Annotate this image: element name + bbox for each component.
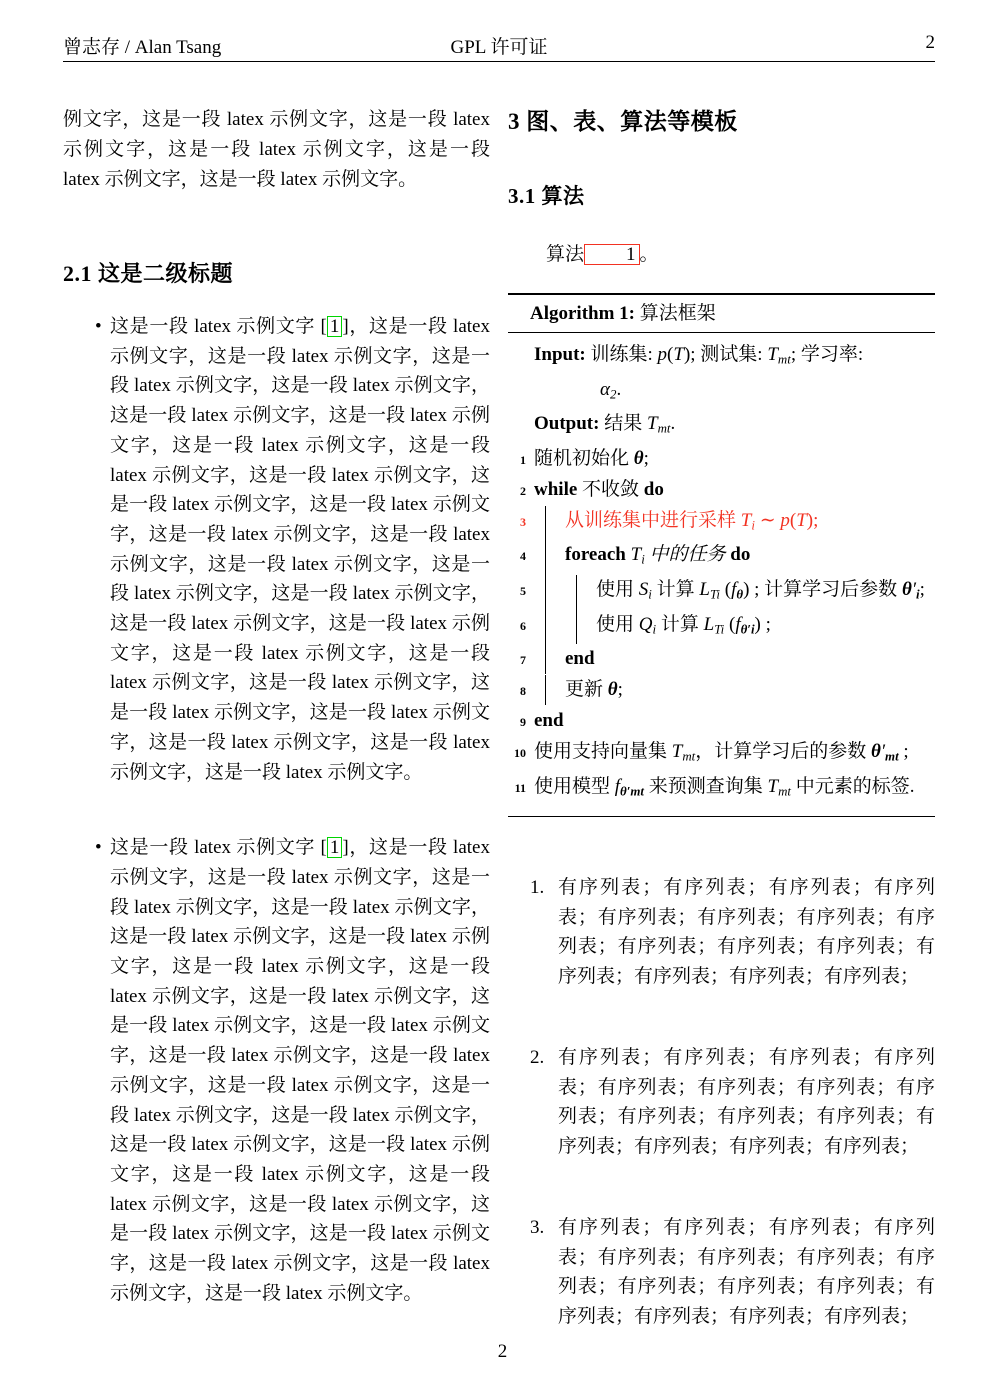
text-token: 来预测查询集 [644, 776, 768, 797]
header-title: GPL 许可证 [63, 32, 935, 59]
algorithm-line: 2while 不收敛 do [508, 475, 935, 506]
algorithm-ref-link[interactable]: 1 [584, 244, 640, 265]
algorithm-indent-block: 使用 Si 计算 LTi (fθ) ; 计算学习后参数 θ′i; [576, 575, 935, 610]
math-token: θ′i [741, 621, 755, 636]
algorithm-indent-block: 使用 Si 计算 LTi (fθ) ; 计算学习后参数 θ′i; [545, 575, 935, 610]
algorithm-line-number: 3 [508, 507, 534, 537]
text-token: 使用 [596, 579, 639, 600]
text-token: Input: [534, 344, 591, 365]
algorithm-indent-block: 更新 θ; [545, 675, 935, 705]
text-token: 随机初始化 [534, 448, 634, 469]
algorithm-line: 7end [508, 644, 935, 675]
algorithm-indent-block: 使用 Qi 计算 LTi (fθ′i) ; [576, 610, 935, 645]
algorithm-line-number: 11 [508, 773, 534, 803]
algorithm-line-content: 使用 Si 计算 LTi (fθ) ; 计算学习后参数 θ′i; [534, 575, 935, 610]
algorithm-line: 11使用模型 fθ′mt 来预测查询集 Tmt 中元素的标签. [508, 772, 935, 807]
algorithm-reference-paragraph: 算法1。 [508, 240, 935, 270]
section-heading-3: 3 图、表、算法等模板 [508, 103, 935, 136]
algorithm-line: 4foreach Ti 中的任务 do [508, 540, 935, 575]
algorithm-line-content: 使用支持向量集 Tmt，计算学习后的参数 θ′mt ; [534, 737, 935, 772]
footer-page-number: 2 [0, 1341, 1005, 1363]
algorithm-line-content: while 不收敛 do [534, 475, 935, 505]
ref-text-post: 。 [640, 244, 659, 265]
text-token: 计算 [656, 614, 704, 635]
math-token: T [796, 510, 807, 531]
math-token: p [658, 344, 668, 365]
ordered-list-number: 3. [530, 1213, 544, 1243]
math-token: T [767, 344, 778, 365]
bullet-marker-icon: • [95, 833, 102, 863]
text-token: end [534, 710, 564, 731]
algorithm-line-content: α2. [534, 375, 935, 410]
text-token: ) ; [755, 614, 771, 635]
subsection-heading-3-1: 3.1 算法 [508, 180, 935, 210]
algorithm-line: 8更新 θ; [508, 675, 935, 706]
text-token: ，计算学习后的参数 [695, 741, 871, 762]
text-token: 计算 [652, 579, 700, 600]
algorithm-line-content: 使用 Qi 计算 LTi (fθ′i) ; [534, 610, 935, 645]
ref-text-pre: 算法 [546, 244, 584, 265]
math-token: mt [885, 749, 899, 764]
text-token: ; [920, 579, 925, 600]
text-token: 训练集: [591, 344, 658, 365]
math-token: Q [639, 614, 653, 635]
text-token: 使用支持向量集 [534, 741, 672, 762]
text-token: do [730, 544, 750, 565]
citation-link[interactable]: 1 [327, 837, 343, 858]
math-token: T [768, 776, 779, 797]
text-token: 从训练集中进行采样 [565, 510, 741, 531]
bullet-text: 这是一段 latex 示例文字 [1]，这是一段 latex 示例文字，这是一段… [110, 837, 490, 1304]
ordered-list: 1.有序列表；有序列表；有序列表；有序列表；有序列表；有序列表；有序列表；有序列… [508, 873, 935, 1331]
page-header: 曾志存 / Alan Tsang GPL 许可证 2 [63, 32, 935, 58]
math-token: T [741, 510, 752, 531]
ordered-list-item: 3.有序列表；有序列表；有序列表；有序列表；有序列表；有序列表；有序列表；有序列… [508, 1213, 935, 1331]
algorithm-caption-label: Algorithm 1: [530, 303, 635, 324]
bullet-item: •这是一段 latex 示例文字 [1]，这是一段 latex 示例文字，这是一… [63, 312, 490, 787]
right-column: 3 图、表、算法等模板 3.1 算法 算法1。 Algorithm 1: 算法框… [508, 95, 935, 1331]
algorithm-indent-block: 使用 Qi 计算 LTi (fθ′i) ; [545, 610, 935, 645]
math-token: L [704, 614, 715, 635]
bullet-marker-icon: • [95, 312, 102, 342]
math-token: Ti [714, 621, 724, 636]
algorithm-indent-block: 从训练集中进行采样 Ti ∼ p(T); [545, 506, 935, 541]
math-token: Ti [710, 587, 720, 602]
header-page-number: 2 [926, 32, 936, 54]
algorithm-line-content: foreach Ti 中的任务 do [534, 540, 935, 575]
text-token: 中的任务 [645, 544, 731, 565]
algorithm-line-content: 使用模型 fθ′mt 来预测查询集 Tmt 中元素的标签. [534, 772, 935, 807]
math-token: T [673, 344, 684, 365]
algorithm-line-number: 2 [508, 476, 534, 506]
math-token: θ [902, 579, 912, 600]
text-token: . [616, 379, 621, 400]
algorithm-line-content: 从训练集中进行采样 Ti ∼ p(T); [534, 506, 935, 541]
algorithm-line: α2. [508, 375, 935, 410]
algorithm-line-content: Output: 结果 Tmt. [534, 409, 935, 444]
text-token: 结果 [604, 413, 647, 434]
document-page: 曾志存 / Alan Tsang GPL 许可证 2 例文字，这是一段 late… [0, 0, 1005, 1385]
math-token: mt [778, 352, 791, 367]
text-token: ∼ [755, 510, 780, 531]
math-token: S [639, 579, 649, 600]
algorithm-line-content: end [534, 644, 935, 674]
text-token: ; [644, 448, 649, 469]
algorithm-line: 6使用 Qi 计算 LTi (fθ′i) ; [508, 610, 935, 645]
algorithm-line-number: 8 [508, 676, 534, 706]
algorithm-indent-block: foreach Ti 中的任务 do [545, 540, 935, 575]
text-token: ); 测试集: [684, 344, 767, 365]
header-rule [63, 61, 935, 62]
algorithm-line: Output: 结果 Tmt. [508, 409, 935, 444]
algorithm-line-content: 随机初始化 θ; [534, 444, 935, 474]
ordered-list-number: 2. [530, 1043, 544, 1073]
subsection-heading-2-1: 2.1 这是二级标题 [63, 257, 490, 288]
text-token: foreach [565, 544, 631, 565]
text-token: ( [720, 579, 731, 600]
text-token: do [644, 479, 664, 500]
text-token: . [670, 413, 675, 434]
text-token: 使用 [596, 614, 639, 635]
math-token: θ [871, 741, 881, 762]
text-token: ) ; 计算学习后参数 [743, 579, 902, 600]
algorithm-line: 1随机初始化 θ; [508, 444, 935, 475]
math-token: mt [682, 749, 695, 764]
ordered-list-item: 2.有序列表；有序列表；有序列表；有序列表；有序列表；有序列表；有序列表；有序列… [508, 1043, 935, 1161]
text-token: 更新 [565, 679, 608, 700]
algorithm-line-number: 4 [508, 541, 534, 571]
algorithm-line-number: 10 [508, 738, 534, 768]
ordered-list-text: 有序列表；有序列表；有序列表；有序列表；有序列表；有序列表；有序列表；有序列表；… [558, 877, 935, 987]
algorithm-line: 3从训练集中进行采样 Ti ∼ p(T); [508, 506, 935, 541]
algorithm-line-content: 更新 θ; [534, 675, 935, 705]
ordered-list-number: 1. [530, 873, 544, 903]
algorithm-line-number: 9 [508, 707, 534, 737]
bullet-list: •这是一段 latex 示例文字 [1]，这是一段 latex 示例文字，这是一… [63, 312, 490, 1309]
ordered-list-item: 1.有序列表；有序列表；有序列表；有序列表；有序列表；有序列表；有序列表；有序列… [508, 873, 935, 991]
left-column: 例文字，这是一段 latex 示例文字，这是一段 latex 示例文字，这是一段… [63, 95, 490, 1309]
algorithm-line-number: 1 [508, 445, 534, 475]
text-token: ; [899, 741, 909, 762]
algorithm-indent-block: end [545, 644, 935, 674]
text-token: end [565, 648, 595, 669]
math-token: θ [608, 679, 618, 700]
text-token: ); [807, 510, 819, 531]
math-token: L [699, 579, 710, 600]
math-token: mt [778, 783, 791, 798]
text-token: 使用模型 [534, 776, 615, 797]
algorithm-line-content: Input: 训练集: p(T); 测试集: Tmt; 学习率: [534, 340, 935, 375]
algorithm-line: Input: 训练集: p(T); 测试集: Tmt; 学习率: [508, 340, 935, 375]
intro-paragraph: 例文字，这是一段 latex 示例文字，这是一段 latex 示例文字，这是一段… [63, 105, 490, 195]
algorithm-line-content: end [534, 706, 935, 736]
text-token: ( [724, 614, 735, 635]
algorithm-line-number: 5 [508, 576, 534, 606]
algorithm-line-number: 6 [508, 611, 534, 641]
text-token: 中元素的标签. [791, 776, 915, 797]
bullet-item: •这是一段 latex 示例文字 [1]，这是一段 latex 示例文字，这是一… [63, 833, 490, 1308]
citation-link[interactable]: 1 [327, 316, 343, 337]
bullet-text: 这是一段 latex 示例文字 [1]，这是一段 latex 示例文字，这是一段… [110, 316, 490, 783]
text-token: ; 学习率: [791, 344, 863, 365]
algorithm-line-number: 7 [508, 645, 534, 675]
algorithm-body: Input: 训练集: p(T); 测试集: Tmt; 学习率:α2.Outpu… [508, 333, 935, 816]
math-token: p [780, 510, 790, 531]
text-token: ; [618, 679, 623, 700]
two-column-body: 例文字，这是一段 latex 示例文字，这是一段 latex 示例文字，这是一段… [63, 95, 935, 1331]
text-token: Output: [534, 413, 604, 434]
math-token: mt [658, 421, 671, 436]
algorithm-box: Algorithm 1: 算法框架 Input: 训练集: p(T); 测试集:… [508, 293, 935, 817]
math-token: θ′mt [620, 783, 644, 798]
math-token: T [647, 413, 658, 434]
text-token: 不收敛 [582, 479, 644, 500]
math-token: T [631, 544, 642, 565]
text-token: while [534, 479, 582, 500]
algorithm-line: 5使用 Si 计算 LTi (fθ) ; 计算学习后参数 θ′i; [508, 575, 935, 610]
algorithm-caption: Algorithm 1: 算法框架 [508, 295, 935, 333]
math-token: T [672, 741, 683, 762]
algorithm-line: 10使用支持向量集 Tmt，计算学习后的参数 θ′mt ; [508, 737, 935, 772]
algorithm-line: 9end [508, 706, 935, 737]
algorithm-caption-title: 算法框架 [635, 303, 716, 324]
math-token: α [600, 379, 610, 400]
ordered-list-text: 有序列表；有序列表；有序列表；有序列表；有序列表；有序列表；有序列表；有序列表；… [558, 1217, 935, 1327]
math-token: θ [634, 448, 644, 469]
ordered-list-text: 有序列表；有序列表；有序列表；有序列表；有序列表；有序列表；有序列表；有序列表；… [558, 1047, 935, 1157]
